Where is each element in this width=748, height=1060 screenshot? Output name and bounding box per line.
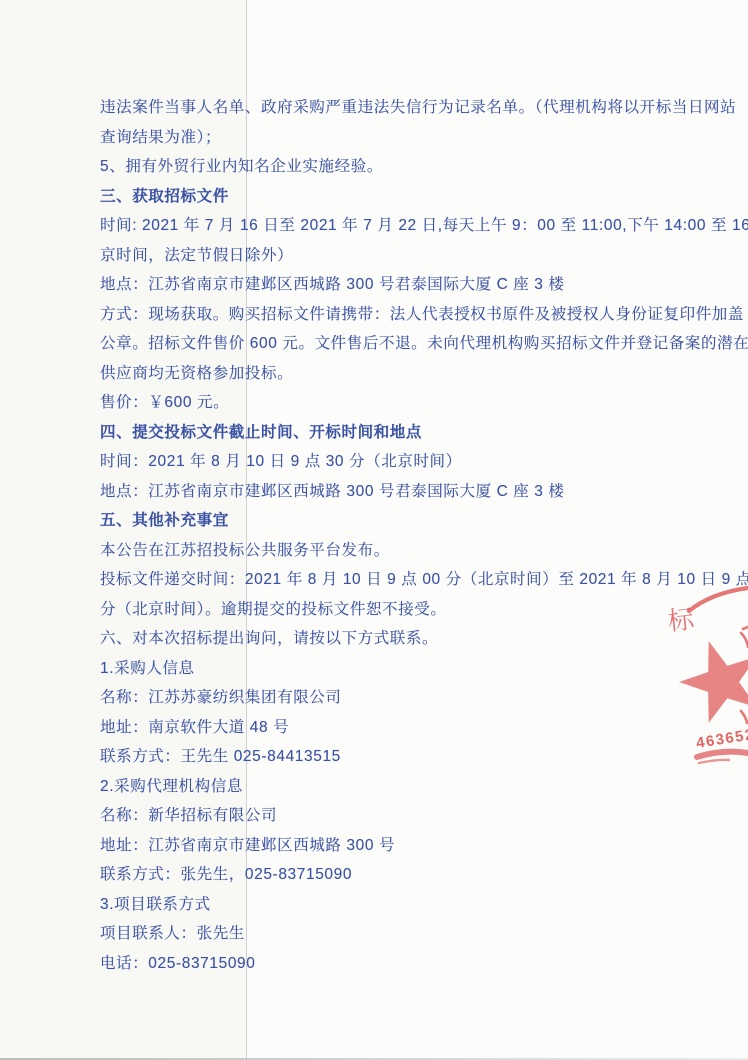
doc-line: 三、获取招标文件 — [100, 182, 730, 212]
red-seal-stamp: 标 463652 — [653, 585, 748, 775]
doc-line: 本公告在江苏招投标公共服务平台发布。 — [100, 536, 730, 566]
doc-line: 名称：江苏苏豪纺织集团有限公司 — [100, 683, 730, 713]
stamp-band — [697, 752, 748, 757]
star-icon — [679, 641, 748, 723]
doc-line: 时间: 2021 年 7 月 16 日至 2021 年 7 月 22 日,每天上… — [100, 211, 730, 241]
doc-line: 公章。招标文件售价 600 元。文件售后不退。未向代理机构购买招标文件并登记备案… — [100, 329, 730, 359]
doc-line: 分（北京时间）。逾期提交的投标文件恕不接受。 — [100, 595, 730, 625]
doc-line: 五、其他补充事宜 — [100, 506, 730, 536]
doc-line: 名称：新华招标有限公司 — [100, 801, 730, 831]
doc-line: 项目联系人：张先生 — [100, 919, 730, 949]
doc-line: 电话：025-83715090 — [100, 949, 730, 979]
doc-line: 1.采购人信息 — [100, 654, 730, 684]
doc-line: 供应商均无资格参加投标。 — [100, 359, 730, 389]
doc-line: 违法案件当事人名单、政府采购严重违法失信行为记录名单。（代理机构将以开标当日网站 — [100, 93, 730, 123]
stamp-band — [699, 760, 729, 763]
doc-line: 四、提交投标文件截止时间、开标时间和地点 — [100, 418, 730, 448]
doc-line: 投标文件递交时间：2021 年 8 月 10 日 9 点 00 分（北京时间）至… — [100, 565, 730, 595]
doc-line: 地点：江苏省南京市建邺区西城路 300 号君泰国际大厦 C 座 3 楼 — [100, 477, 730, 507]
document-text: 违法案件当事人名单、政府采购严重违法失信行为记录名单。（代理机构将以开标当日网站… — [100, 93, 730, 978]
doc-line: 地址：南京软件大道 48 号 — [100, 713, 730, 743]
doc-line: 地址：江苏省南京市建邺区西城路 300 号 — [100, 831, 730, 861]
scanned-document-page: 违法案件当事人名单、政府采购严重违法失信行为记录名单。（代理机构将以开标当日网站… — [0, 0, 748, 1060]
doc-line: 地点：江苏省南京市建邺区西城路 300 号君泰国际大厦 C 座 3 楼 — [100, 270, 730, 300]
doc-line: 京时间，法定节假日除外） — [100, 241, 730, 271]
doc-line: 联系方式：王先生 025-84413515 — [100, 742, 730, 772]
stamp-partial-glyph — [741, 711, 747, 723]
seal-circle-arc — [689, 588, 748, 611]
doc-line: 售价：￥600 元。 — [100, 388, 730, 418]
doc-line: 查询结果为准）； — [100, 123, 730, 153]
doc-line: 方式：现场获取。购买招标文件请携带：法人代表授权书原件及被授权人身份证复印件加盖 — [100, 300, 730, 330]
stamp-char: 标 — [666, 604, 696, 637]
stamp-partial-glyph — [741, 627, 748, 647]
doc-line: 联系方式：张先生，025-83715090 — [100, 860, 730, 890]
stamp-serial-number: 463652 — [695, 726, 748, 752]
doc-line: 3.项目联系方式 — [100, 890, 730, 920]
doc-line: 时间：2021 年 8 月 10 日 9 点 30 分（北京时间） — [100, 447, 730, 477]
doc-line: 2.采购代理机构信息 — [100, 772, 730, 802]
doc-line: 六、对本次招标提出询问，请按以下方式联系。 — [100, 624, 730, 654]
doc-line: 5、拥有外贸行业内知名企业实施经验。 — [100, 152, 730, 182]
